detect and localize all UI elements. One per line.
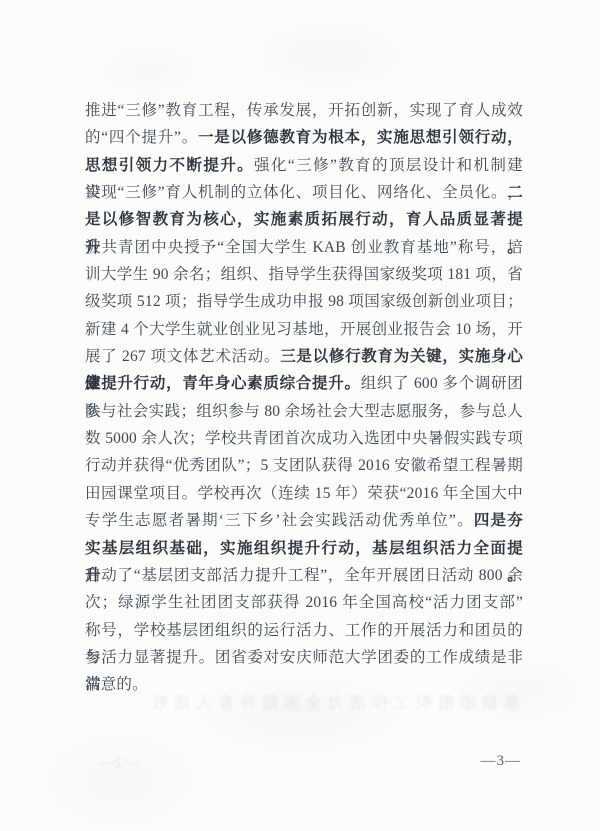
text-segment: 专学生志愿者暑期‘三下乡’社会实践活动优秀单位”。 <box>85 512 474 529</box>
bold-text-segment: 一是以修德教育为根本，实施思想引领行动， <box>198 129 523 146</box>
text-segment: 新建 4 个大学生就业创业见习基地，开展创业报告会 10 场，开 <box>85 321 523 338</box>
bold-text-segment: 四是夯 <box>474 512 523 529</box>
text-line: 实现“三修”育人机制的立体化、项目化、网络化、全员化。二 <box>85 179 523 206</box>
text-line: 康提升行动，青年身心素质综合提升。组织了 600 多个调研团队 <box>85 370 523 397</box>
text-line: 参与社会实践；组织参与 80 余场社会大型志愿服务，参与总人 <box>85 398 523 425</box>
text-line: 称号，学校基层团组织的运行活力、工作的开展活力和团员的参 <box>85 617 523 644</box>
text-line: 实基层组织基础，实施组织提升行动，基层组织活力全面提升。 <box>85 535 523 562</box>
text-block: 推进“三修”教育工程，传承发展，开拓创新，实现了育人成效的“四个提升”。一是以修… <box>85 97 523 699</box>
text-line: 新建 4 个大学生就业创业见习基地，开展创业报告会 10 场，开 <box>85 316 523 343</box>
text-segment: 次；绿源学生社团团支部获得 2016 年全国高校“活力团支部” <box>85 594 523 611</box>
text-line: 田园课堂项目。学校再次（连续 15 年）荣获“2016 年全国大中 <box>85 480 523 507</box>
page-number: —3— <box>481 753 522 770</box>
text-line: 是以修智教育为核心，实施素质拓展行动，育人品质显著提升。 <box>85 206 523 233</box>
text-segment: 推进“三修”教育工程，传承发展，开拓创新，实现了育人成效 <box>85 102 523 119</box>
text-line: 专学生志愿者暑期‘三下乡’社会实践活动优秀单位”。四是夯 <box>85 507 523 534</box>
text-line: 与活力显著提升。团省委对安庆师范大学团委的工作成绩是非常 <box>85 644 523 671</box>
text-segment: 被共青团中央授予“全国大学生 KAB 创业教育基地”称号，培 <box>85 239 523 256</box>
bold-text-segment: 二 <box>507 184 523 201</box>
text-segment: 田园课堂项目。学校再次（连续 15 年）荣获“2016 年全国大中 <box>85 485 523 502</box>
scanned-document-page: 推进“三修”教育工程，传承发展，开拓创新，实现了育人成效的“四个提升”。一是以修… <box>0 0 600 831</box>
text-segment: 数 5000 余人次；学校共青团首次成功入选团中央暑假实践专项 <box>85 430 523 447</box>
text-line: 级奖项 512 项；指导学生成功申报 98 项国家级创新创业项目； <box>85 288 523 315</box>
text-line: 训大学生 90 余名；组织、指导学生获得国家级奖项 181 项，省 <box>85 261 523 288</box>
text-line: 思想引领力不断提升。强化“三修”教育的顶层设计和机制建设， <box>85 152 523 179</box>
text-line: 数 5000 余人次；学校共青团首次成功入选团中央暑假实践专项 <box>85 425 523 452</box>
text-segment: 的“四个提升”。 <box>85 129 198 146</box>
text-segment: 行动并获得“优秀团队”；5 支团队获得 2016 安徽希望工程暑期 <box>85 457 523 474</box>
text-line: 的“四个提升”。一是以修德教育为根本，实施思想引领行动， <box>85 124 523 151</box>
text-segment: 启动了“基层团支部活力提升工程”，全年开展团日活动 800 余 <box>85 567 523 584</box>
text-line: 行动并获得“优秀团队”；5 支团队获得 2016 安徽希望工程暑期 <box>85 452 523 479</box>
bold-text-segment: 康提升行动，青年身心素质综合提升。 <box>85 375 361 392</box>
mirrored-page-number-artifact: —2— <box>98 755 139 772</box>
text-line: 被共青团中央授予“全国大学生 KAB 创业教育基地”称号，培 <box>85 234 523 261</box>
text-segment: 展了 267 项文体艺术活动。 <box>85 348 280 365</box>
text-line: 启动了“基层团支部活力提升工程”，全年开展团日活动 800 余 <box>85 562 523 589</box>
text-segment: 级奖项 512 项；指导学生成功申报 98 项国家级创新创业项目； <box>85 293 523 310</box>
bold-text-segment: 思想引领力不断提升。 <box>85 157 254 174</box>
text-line: 次；绿源学生社团团支部获得 2016 年全国高校“活力团支部” <box>85 589 523 616</box>
text-segment: 参与社会实践；组织参与 80 余场社会大型志愿服务，参与总人 <box>85 403 523 420</box>
bleed-through-artifact: 基层团组织工作活力全面提升育人成效 <box>128 690 520 713</box>
text-segment: 实现“三修”育人机制的立体化、项目化、网络化、全员化。 <box>85 184 507 201</box>
text-line: 推进“三修”教育工程，传承发展，开拓创新，实现了育人成效 <box>85 97 523 124</box>
text-line: 展了 267 项文体艺术活动。三是以修行教育为关键，实施身心健 <box>85 343 523 370</box>
text-segment: 训大学生 90 余名；组织、指导学生获得国家级奖项 181 项，省 <box>85 266 523 283</box>
